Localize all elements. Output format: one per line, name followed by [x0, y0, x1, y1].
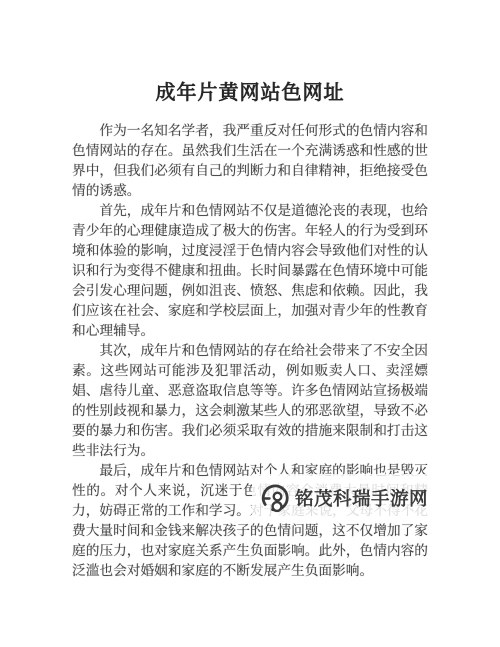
paragraph-second-point: 其次，成年片和色情网站的存在给社会带来了不安全因素。这些网站可能涉及犯罪活动，例… — [72, 341, 428, 461]
watermark-text: 铭茂科瑞手游网 — [295, 485, 428, 511]
paragraph-intro: 作为一名知名学者，我严重反对任何形式的色情内容和色情网站的存在。虽然我们生活在一… — [72, 121, 428, 201]
game-site-logo-icon — [258, 481, 292, 515]
document-page: 成年片黄网站色网址 作为一名知名学者，我严重反对任何形式的色情内容和色情网站的存… — [0, 0, 500, 647]
paragraph-first-point: 首先，成年片和色情网站不仅是道德沦丧的表现，也给青少年的心理健康造成了极大的伤害… — [72, 201, 428, 341]
watermark: 铭茂科瑞手游网 — [252, 474, 438, 522]
page-title: 成年片黄网站色网址 — [0, 76, 500, 105]
